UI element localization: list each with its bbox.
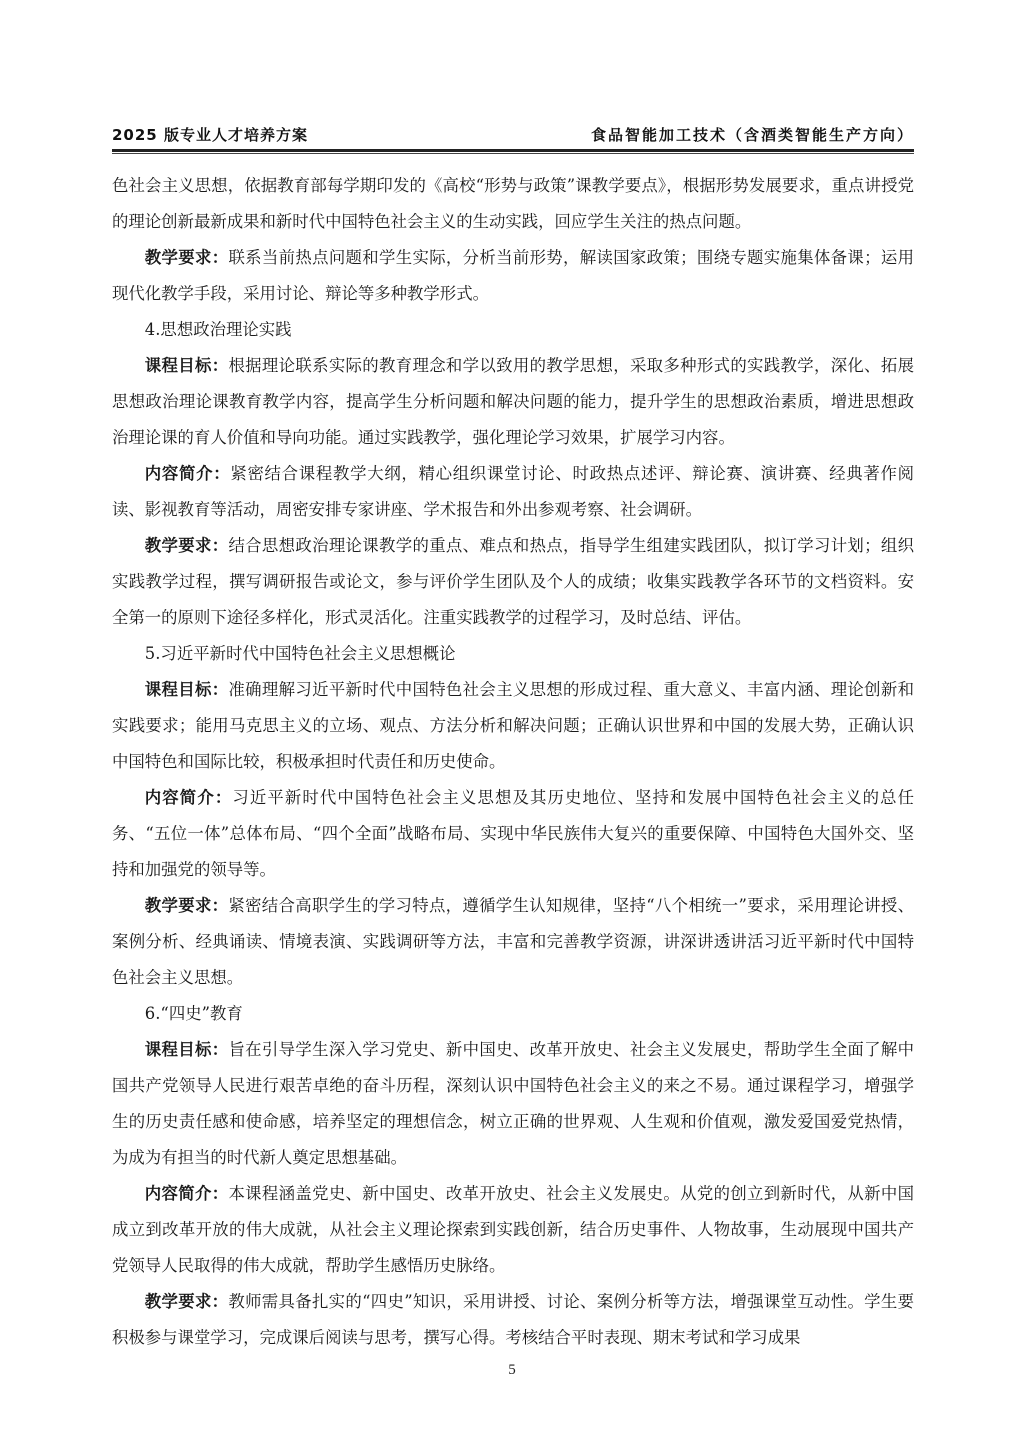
header-program-name: 食品智能加工技术（含酒类智能生产方向）: [591, 124, 914, 145]
content-text: 紧密结合课程教学大纲，精心组织课堂讨论、时政热点述评、辩论赛、演讲赛、经典著作阅…: [112, 464, 914, 519]
requirement-text: 教师需具备扎实的“四史”知识，采用讲授、讨论、案例分析等方法，增强课堂互动性。学…: [112, 1292, 914, 1347]
requirement-text: 紧密结合高职学生的学习特点，遵循学生认知规律，坚持“八个相统一”要求，采用理论讲…: [112, 896, 914, 987]
goal-text: 根据理论联系实际的教育理念和学以致用的教学思想，采取多种形式的实践教学，深化、拓…: [112, 356, 914, 447]
running-header: 2025 版专业人才培养方案 食品智能加工技术（含酒类智能生产方向）: [112, 120, 914, 148]
header-rule-thick: [112, 149, 914, 152]
header-document-title: 2025 版专业人才培养方案: [112, 124, 308, 145]
section-6-content: 内容简介：本课程涵盖党史、新中国史、改革开放史、社会主义发展史。从党的创立到新时…: [112, 1176, 914, 1284]
requirement-label: 教学要求：: [145, 1292, 229, 1311]
section-5-requirement: 教学要求：紧密结合高职学生的学习特点，遵循学生认知规律，坚持“八个相统一”要求，…: [112, 888, 914, 996]
requirement-text: 结合思想政治理论课教学的重点、难点和热点，指导学生组建实践团队，拟订学习计划；组…: [112, 536, 914, 627]
section-6-requirement: 教学要求：教师需具备扎实的“四史”知识，采用讲授、讨论、案例分析等方法，增强课堂…: [112, 1284, 914, 1356]
goal-label: 课程目标：: [145, 356, 229, 375]
prev-requirement-paragraph: 教学要求：联系当前热点问题和学生实际，分析当前形势，解读国家政策；围绕专题实施集…: [112, 240, 914, 312]
section-4-goal: 课程目标：根据理论联系实际的教育理念和学以致用的教学思想，采取多种形式的实践教学…: [112, 348, 914, 456]
section-4-content: 内容简介：紧密结合课程教学大纲，精心组织课堂讨论、时政热点述评、辩论赛、演讲赛、…: [112, 456, 914, 528]
page-number: 5: [0, 1362, 1024, 1379]
requirement-label: 教学要求：: [145, 248, 229, 267]
requirement-label: 教学要求：: [145, 536, 229, 555]
section-4-requirement: 教学要求：结合思想政治理论课教学的重点、难点和热点，指导学生组建实践团队，拟订学…: [112, 528, 914, 636]
content-label: 内容简介：: [145, 464, 231, 483]
section-heading-4: 4.思想政治理论实践: [112, 312, 914, 348]
header-rule-thin: [112, 153, 914, 154]
content-label: 内容简介：: [145, 788, 233, 807]
section-heading-6: 6.“四史”教育: [112, 996, 914, 1032]
requirement-text: 联系当前热点问题和学生实际，分析当前形势，解读国家政策；围绕专题实施集体备课；运…: [112, 248, 914, 303]
content-text: 习近平新时代中国特色社会主义思想及其历史地位、坚持和发展中国特色社会主义的总任务…: [112, 788, 914, 879]
goal-label: 课程目标：: [145, 680, 229, 699]
requirement-label: 教学要求：: [145, 896, 229, 915]
continuation-paragraph: 色社会主义思想，依据教育部每学期印发的《高校“形势与政策”课教学要点》，根据形势…: [112, 168, 914, 240]
body-text: 色社会主义思想，依据教育部每学期印发的《高校“形势与政策”课教学要点》，根据形势…: [112, 168, 914, 1356]
goal-text: 旨在引导学生深入学习党史、新中国史、改革开放史、社会主义发展史，帮助学生全面了解…: [112, 1040, 914, 1167]
goal-text: 准确理解习近平新时代中国特色社会主义思想的形成过程、重大意义、丰富内涵、理论创新…: [112, 680, 914, 771]
section-5-content: 内容简介：习近平新时代中国特色社会主义思想及其历史地位、坚持和发展中国特色社会主…: [112, 780, 914, 888]
content-text: 本课程涵盖党史、新中国史、改革开放史、社会主义发展史。从党的创立到新时代，从新中…: [112, 1184, 914, 1275]
section-heading-5: 5.习近平新时代中国特色社会主义思想概论: [112, 636, 914, 672]
section-5-goal: 课程目标：准确理解习近平新时代中国特色社会主义思想的形成过程、重大意义、丰富内涵…: [112, 672, 914, 780]
section-6-goal: 课程目标：旨在引导学生深入学习党史、新中国史、改革开放史、社会主义发展史，帮助学…: [112, 1032, 914, 1176]
goal-label: 课程目标：: [145, 1040, 229, 1059]
content-label: 内容简介：: [145, 1184, 229, 1203]
document-page: 2025 版专业人才培养方案 食品智能加工技术（含酒类智能生产方向） 色社会主义…: [0, 0, 1024, 1448]
